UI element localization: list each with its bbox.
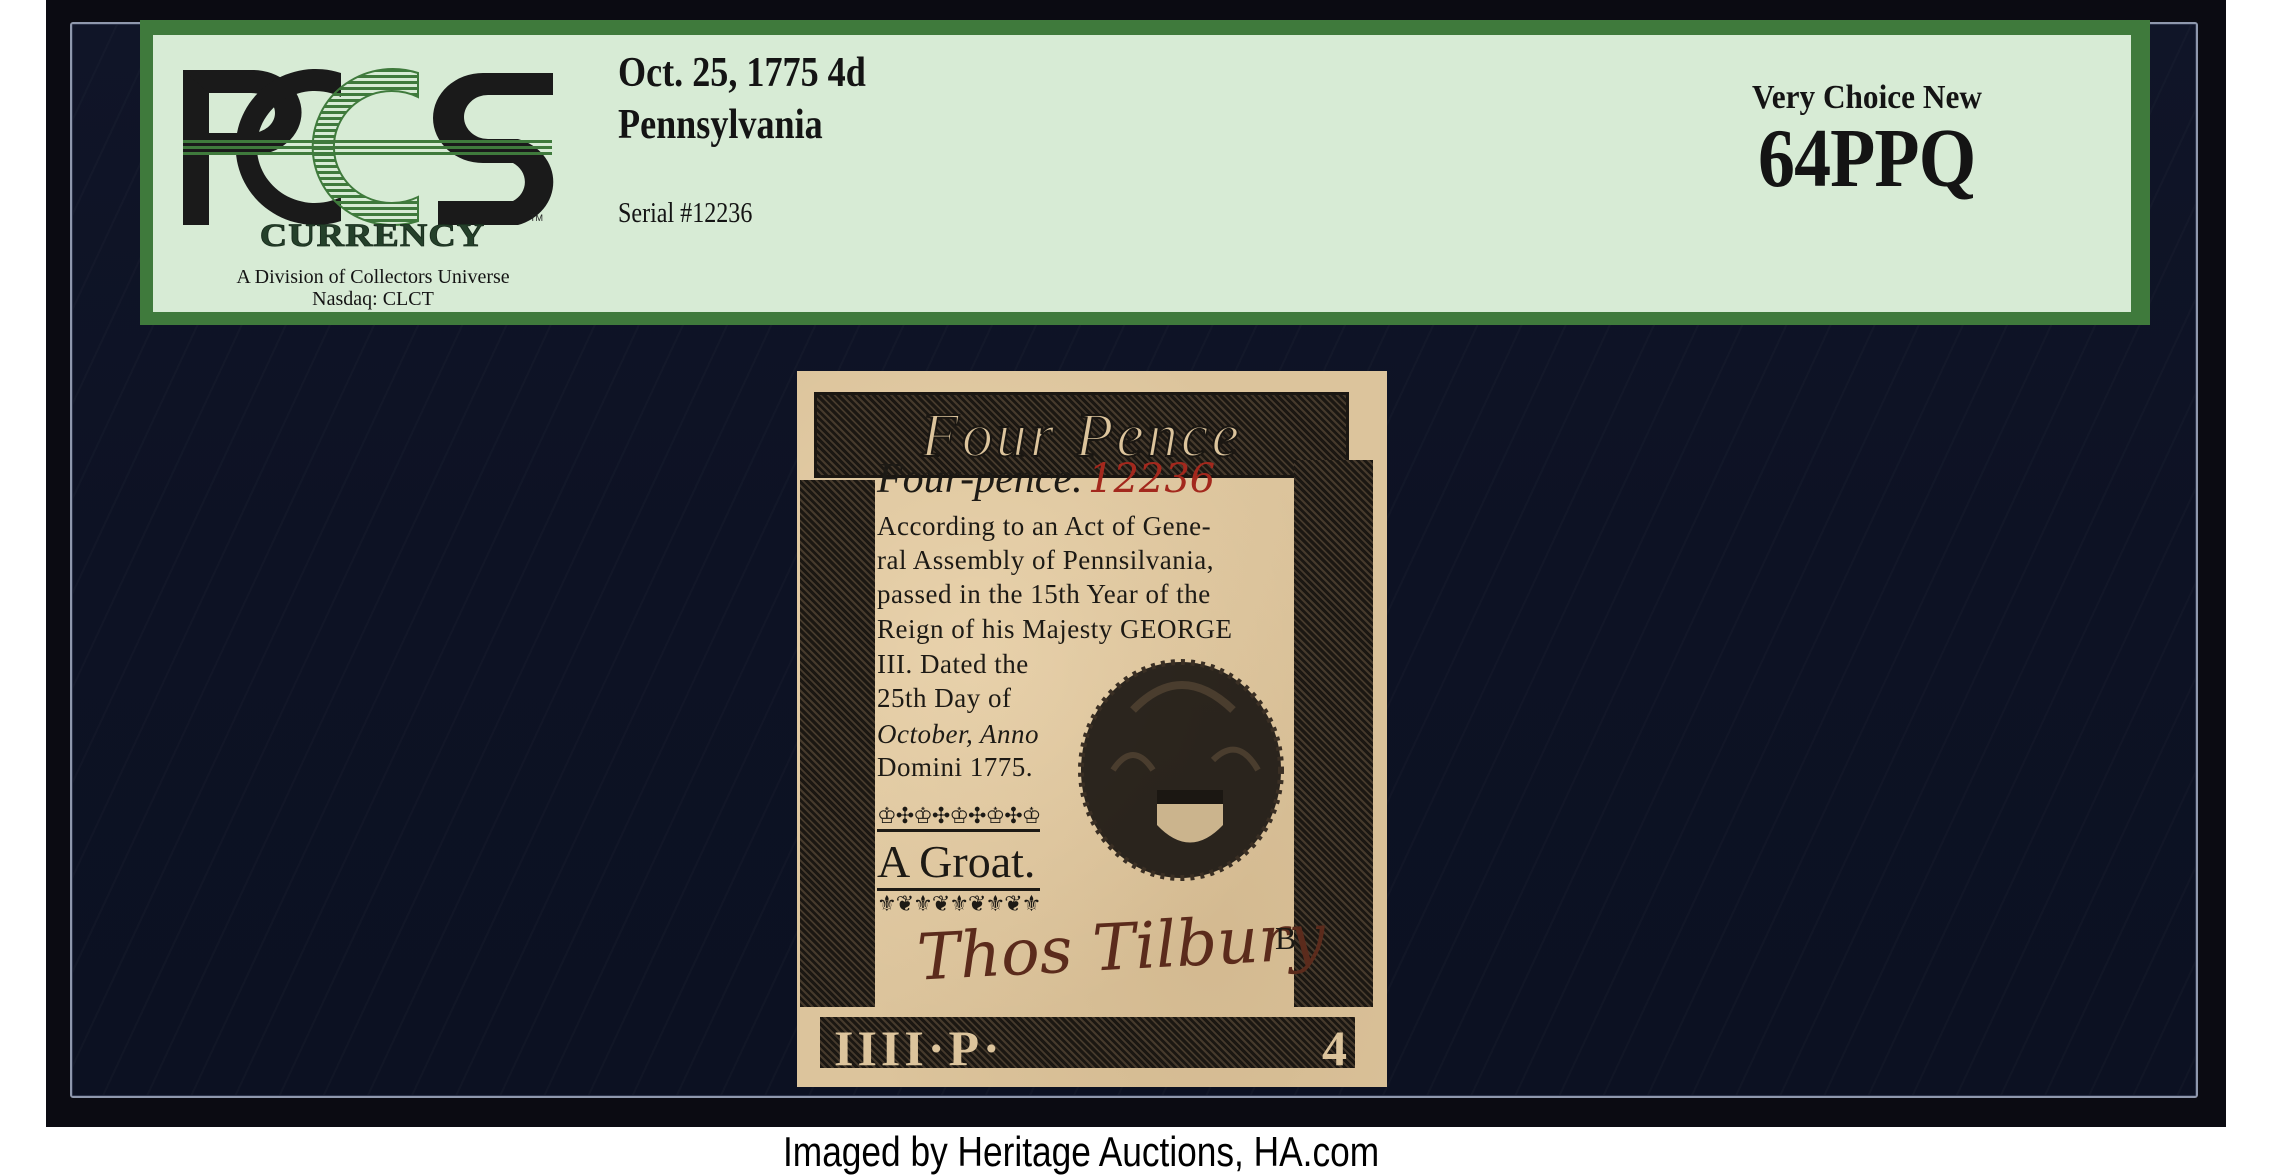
note-state: Pennsylvania — [618, 101, 823, 149]
grading-label: TM CURRENCY A Division of Collectors Uni… — [140, 20, 2150, 325]
left-ornament-panel — [800, 480, 875, 1007]
body-line: 25th Day of — [877, 683, 1011, 714]
label-inner-panel: TM CURRENCY A Division of Collectors Uni… — [153, 35, 2131, 312]
fleur-ornament-row: ⚜❦⚜❦⚜❦⚜❦⚜ — [877, 888, 1040, 917]
body-line: Domini 1775. — [877, 752, 1033, 783]
coat-of-arms-seal-icon — [1073, 650, 1290, 887]
bottom-banner-text: IIII·P· — [834, 1019, 1004, 1077]
body-line: Reign of his Majesty GEORGE — [877, 614, 1232, 645]
grade-value: 64PPQ — [1758, 110, 1975, 207]
plate-letter: B — [1275, 920, 1296, 957]
value-text: A Groat. — [877, 835, 1035, 888]
bottom-banner: IIII·P· 4 — [820, 1017, 1355, 1068]
handwritten-serial: 12236 — [1088, 456, 1215, 502]
brand-ticker: Nasdaq: CLCT — [173, 288, 573, 311]
body-line: October, Anno — [877, 719, 1039, 750]
crown-ornament-row: ♔✣♔✣♔✣♔✣♔ — [877, 803, 1040, 832]
denomination: Four-pence. — [877, 455, 1083, 503]
banknote: Four Pence Four-pence. 12236 According t… — [797, 371, 1387, 1087]
image-credit-caption: Imaged by Heritage Auctions, HA.com — [783, 1128, 1379, 1176]
body-line: ral Assembly of Pennsilvania, — [877, 545, 1214, 576]
body-line: passed in the 15th Year of the — [877, 579, 1211, 610]
note-title: Oct. 25, 1775 4d — [618, 49, 866, 97]
bottom-banner-number: 4 — [1322, 1019, 1347, 1077]
body-line: III. Dated the — [877, 649, 1029, 680]
brand-currency: CURRENCY — [185, 217, 560, 254]
brand-division: A Division of Collectors Universe — [173, 266, 573, 289]
body-line: According to an Act of Gene- — [877, 511, 1211, 542]
note-serial: Serial #12236 — [618, 197, 752, 230]
